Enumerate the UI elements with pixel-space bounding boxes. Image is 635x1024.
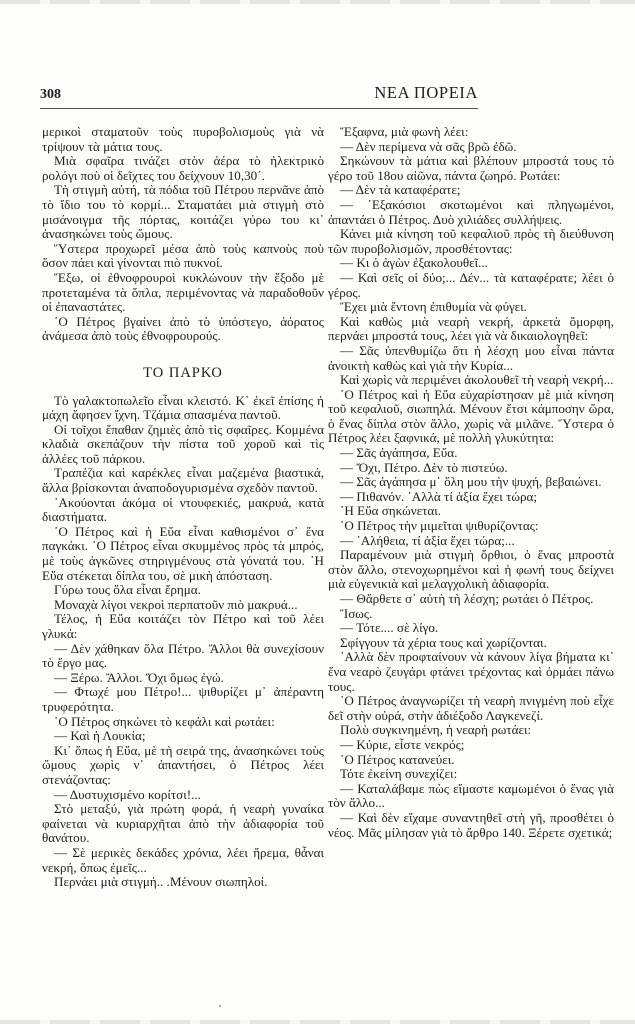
paragraph: — Καταλάβαμε πὼς εἴμαστε καμωμένοι ὁ ἕνα… [328,782,614,811]
paragraph: ῾Η Εὔα σηκώνεται. [328,504,614,519]
right-column: Ἔξαφνα, μιὰ φωνὴ λέει:— Δὲν περίμενα νὰ … [328,125,614,840]
paragraph: — Σᾶς ἀγάπησα, Εὔα. [328,446,614,461]
paragraph: Περνάει μιὰ στιγμή.. .Μένουν σιωπηλοί. [42,875,324,890]
paragraph: — Θἄρθετε σ᾽ αὐτὴ τὴ λέσχη; ρωτάει ὁ Πέτ… [328,592,614,607]
paragraph: Τότε ἐκείνη συνεχίζει: [328,767,614,782]
paragraph: ᾽Ακούονται ἀκόμα οἱ ντουφεκιές, μακρυά, … [42,496,324,525]
paragraph: Τὴ στιγμὴ αὐτή, τὰ πόδια τοῦ Πέτρου περν… [42,183,324,241]
paragraph: Παραμένουν μιὰ στιγμὴ ὄρθιοι, ὁ ἕνας μπρ… [328,548,614,592]
paragraph: Τέλος, ἡ Εὔα κοιτάζει τὸν Πέτρο καὶ τοῦ … [42,612,324,641]
paragraph: — Δὲν τὰ καταφέρατε; [328,183,614,198]
paragraph: — Δὲν περίμενα νὰ σᾶς βρῶ ἐδῶ. [328,140,614,155]
paragraph: ᾽Αλλὰ δὲν προφταίνουν νὰ κάνουν λίγα βήμ… [328,650,614,694]
paragraph: — Καὶ ἡ Λουκία; [42,729,324,744]
page-edge-bottom [0,1020,635,1024]
paragraph: — Καὶ σεῖς οἱ δύο;... Δέν... τὰ καταφέρα… [328,271,614,300]
right-column-text: Ἔξαφνα, μιὰ φωνὴ λέει:— Δὲν περίμενα νὰ … [328,125,614,840]
paragraph: Μιὰ σφαῖρα τινάζει στὸν ἀέρα τὸ ἠλεκτρικ… [42,154,324,183]
paragraph: — Ξέρω. Ἄλλοι. Ὄχι ὅμως ἐγώ. [42,671,324,686]
left-column-text-before-section: μερικοὶ σταματοῦν τοὺς πυροβολισμοὺς γιὰ… [42,125,324,344]
paragraph: ῾Ο Πέτρος σηκώνει τὸ κεφάλι καὶ ρωτάει: [42,715,324,730]
paragraph: — Δὲν χάθηκαν ὅλα Πέτρο. Ἄλλοι θὰ συνεχί… [42,642,324,671]
paragraph: — Σᾶς ἀγάπησα μ᾽ ὅλη μου τὴν ψυχή, βεβαι… [328,475,614,490]
paragraph: — Σᾶς ὑπενθυμίζω ὅτι ἡ λέσχη μου εἶναι π… [328,344,614,373]
paragraph: Στὸ μεταξύ, γιὰ πρώτη φορά, ἡ νεαρὴ γυνα… [42,802,324,846]
paragraph: Οἱ τοῖχοι ἔπαθαν ζημιὲς ἀπὸ τὶς σφαῖρες.… [42,423,324,467]
paragraph: Ἔξαφνα, μιὰ φωνὴ λέει: [328,125,614,140]
paragraph: Τὸ γαλακτοπωλεῖο εἶναι κλειστό. Κ᾽ ἐκεῖ … [42,394,324,423]
paragraph: Μοναχὰ λίγοι νεκροὶ περπατοῦν πιὸ μακρυά… [42,598,324,613]
paragraph: — Κι ὁ ἀγὼν ἐξακολουθεῖ... [328,256,614,271]
paragraph: — Ὄχι, Πέτρο. Δὲν τὸ πιστεύω. [328,461,614,476]
paragraph: ῾Ο Πέτρος καὶ ἡ Εὔα εἶναι καθισμένοι σ᾽ … [42,525,324,583]
paragraph: Ὕστερα προχωρεῖ μέσα ἀπὸ τοὺς καπνοὺς πο… [42,242,324,271]
page-footer-mark [219,1005,221,1007]
paragraph: ῾Ο Πέτρος καὶ ἡ Εὔα εὐχαρίστησαν μὲ μιὰ … [328,388,614,446]
paragraph: — Τότε.... σὲ λίγο. [328,621,614,636]
paragraph: Σηκώνουν τὰ μάτια καὶ βλέπουν μπροστά το… [328,154,614,183]
paragraph: — Φτωχέ μου Πέτρο!... ψιθυρίζει μ᾽ ἀπέρα… [42,685,324,714]
paragraph: Ἔξω, οἱ ἐθνοφρουροὶ κυκλώνουν τὴν ἔξοδο … [42,271,324,315]
header-rule [40,108,478,109]
paragraph: Σφίγγουν τὰ χέρια τους καὶ χωρίζονται. [328,636,614,651]
page-number: 308 [40,87,61,103]
paragraph: Κι᾽ ὅπως ἡ Εὔα, μὲ τὴ σειρά της, ἀνασηκώ… [42,744,324,788]
paragraph: — ῾Εξακόσιοι σκοτωμένοι καὶ πληγωμένοι, … [328,198,614,227]
paragraph: — ᾽Αλήθεια, τί ἀξία ἔχει τώρα;... [328,534,614,549]
paragraph: Καὶ καθὼς μιὰ νεαρὴ νεκρή, ἀρκετὰ ὄμορφη… [328,315,614,344]
paragraph: ῾Ο Πέτρος ἀναγνωρίζει τὴ νεαρὴ πνιγμένη … [328,694,614,723]
paragraph: Γύρω τους ὅλα εἶναι ἔρημα. [42,583,324,598]
left-column: μερικοὶ σταματοῦν τοὺς πυροβολισμοὺς γιὰ… [42,125,324,890]
paragraph: Κάνει μιὰ κίνηση τοῦ κεφαλιοῦ πρὸς τὴ δι… [328,227,614,256]
paragraph: Τραπέζια καὶ καρέκλες εἶναι μαζεμένα βια… [42,466,324,495]
journal-title: ΝΕΑ ΠΟΡΕΙΑ [374,83,478,103]
paragraph: Πολὺ συγκινημένη, ἡ νεαρὴ ρωτάει: [328,723,614,738]
paragraph: ῾Ο Πέτρος κατανεύει. [328,753,614,768]
paragraph: Ἔχει μιὰ ἔντονη ἐπιθυμία νὰ φύγει. [328,300,614,315]
running-head: 308 ΝΕΑ ΠΟΡΕΙΑ [40,83,478,103]
paragraph: — Καὶ δὲν εἴχαμε συναντηθεῖ στὴ γῆ, προσ… [328,811,614,840]
paragraph: ῾Ο Πέτρος τὴν μιμεῖται ψιθυρίζοντας: [328,519,614,534]
page-edge-top [0,0,635,4]
section-title: ΤΟ ΠΑΡΚΟ [42,366,324,381]
paragraph: μερικοὶ σταματοῦν τοὺς πυροβολισμοὺς γιὰ… [42,125,324,154]
paragraph: Καὶ χωρὶς νὰ περιμένει ἀκολουθεῖ τὴ νεαρ… [328,373,614,388]
paragraph: — Δυστυχισμένο κορίτσι!... [42,788,324,803]
paragraph: ῾Ο Πέτρος βγαίνει ἀπὸ τὸ ὑπόστεγο, ἀόρατ… [42,315,324,344]
left-column-text-after-section: Τὸ γαλακτοπωλεῖο εἶναι κλειστό. Κ᾽ ἐκεῖ … [42,394,324,890]
paragraph: Ἴσως. [328,607,614,622]
paragraph: — Πιθανόν. ᾽Αλλὰ τί ἀξία ἔχει τώρα; [328,490,614,505]
paragraph: — Σὲ μερικὲς δεκάδες χρόνια, λέει ἤρεμα,… [42,846,324,875]
paragraph: — Κύριε, εἶστε νεκρός; [328,738,614,753]
